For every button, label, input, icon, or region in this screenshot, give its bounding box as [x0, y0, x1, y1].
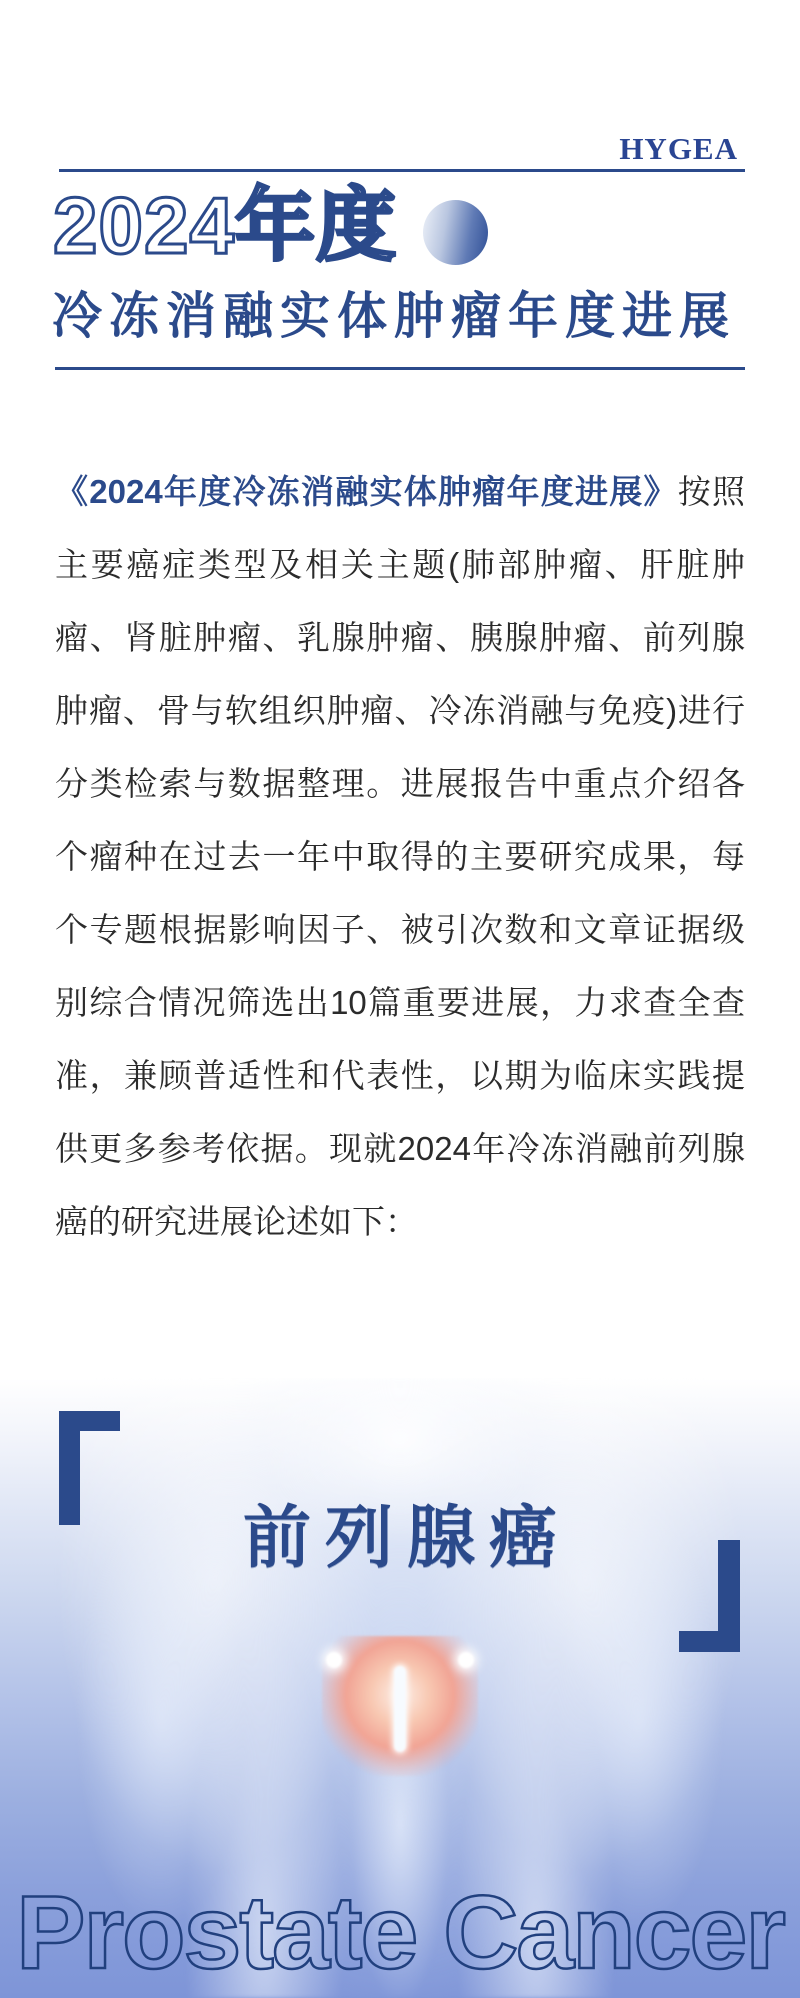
section-title-en: Prostate Cancer	[0, 1874, 800, 1993]
section-title-cn: 前列腺癌	[0, 1484, 800, 1581]
seminal-vesicle-left-icon	[326, 1652, 342, 1668]
intro-paragraph: 《2024年度冷冻消融实体肿瘤年度进展》按照主要癌症类型及相关主题(肺部肿瘤、肝…	[55, 455, 745, 1258]
gradient-sphere-icon	[423, 200, 488, 265]
intro-highlight: 《2024年度冷冻消融实体肿瘤年度进展》	[55, 473, 678, 510]
brand-logo: HYGEA	[619, 131, 738, 167]
header-divider	[59, 169, 745, 172]
year-title-row: 2024年度	[53, 184, 488, 268]
title-divider	[55, 367, 745, 370]
year-title-outline: 2024年度	[53, 184, 397, 268]
intro-body: 按照主要癌症类型及相关主题(肺部肿瘤、肝脏肿瘤、肾脏肿瘤、乳腺肿瘤、胰腺肿瘤、前…	[55, 473, 745, 1240]
urethra-highlight	[394, 1666, 406, 1752]
seminal-vesicle-right-icon	[458, 1652, 474, 1668]
prostate-gland-highlight	[322, 1636, 478, 1776]
poster-page: HYGEA 2024年度 冷冻消融实体肿瘤年度进展 《2024年度冷冻消融实体肿…	[0, 0, 800, 1998]
main-title: 冷冻消融实体肿瘤年度进展	[52, 276, 752, 348]
hero-section: 前列腺癌 Prostate Cancer	[0, 1378, 800, 1998]
